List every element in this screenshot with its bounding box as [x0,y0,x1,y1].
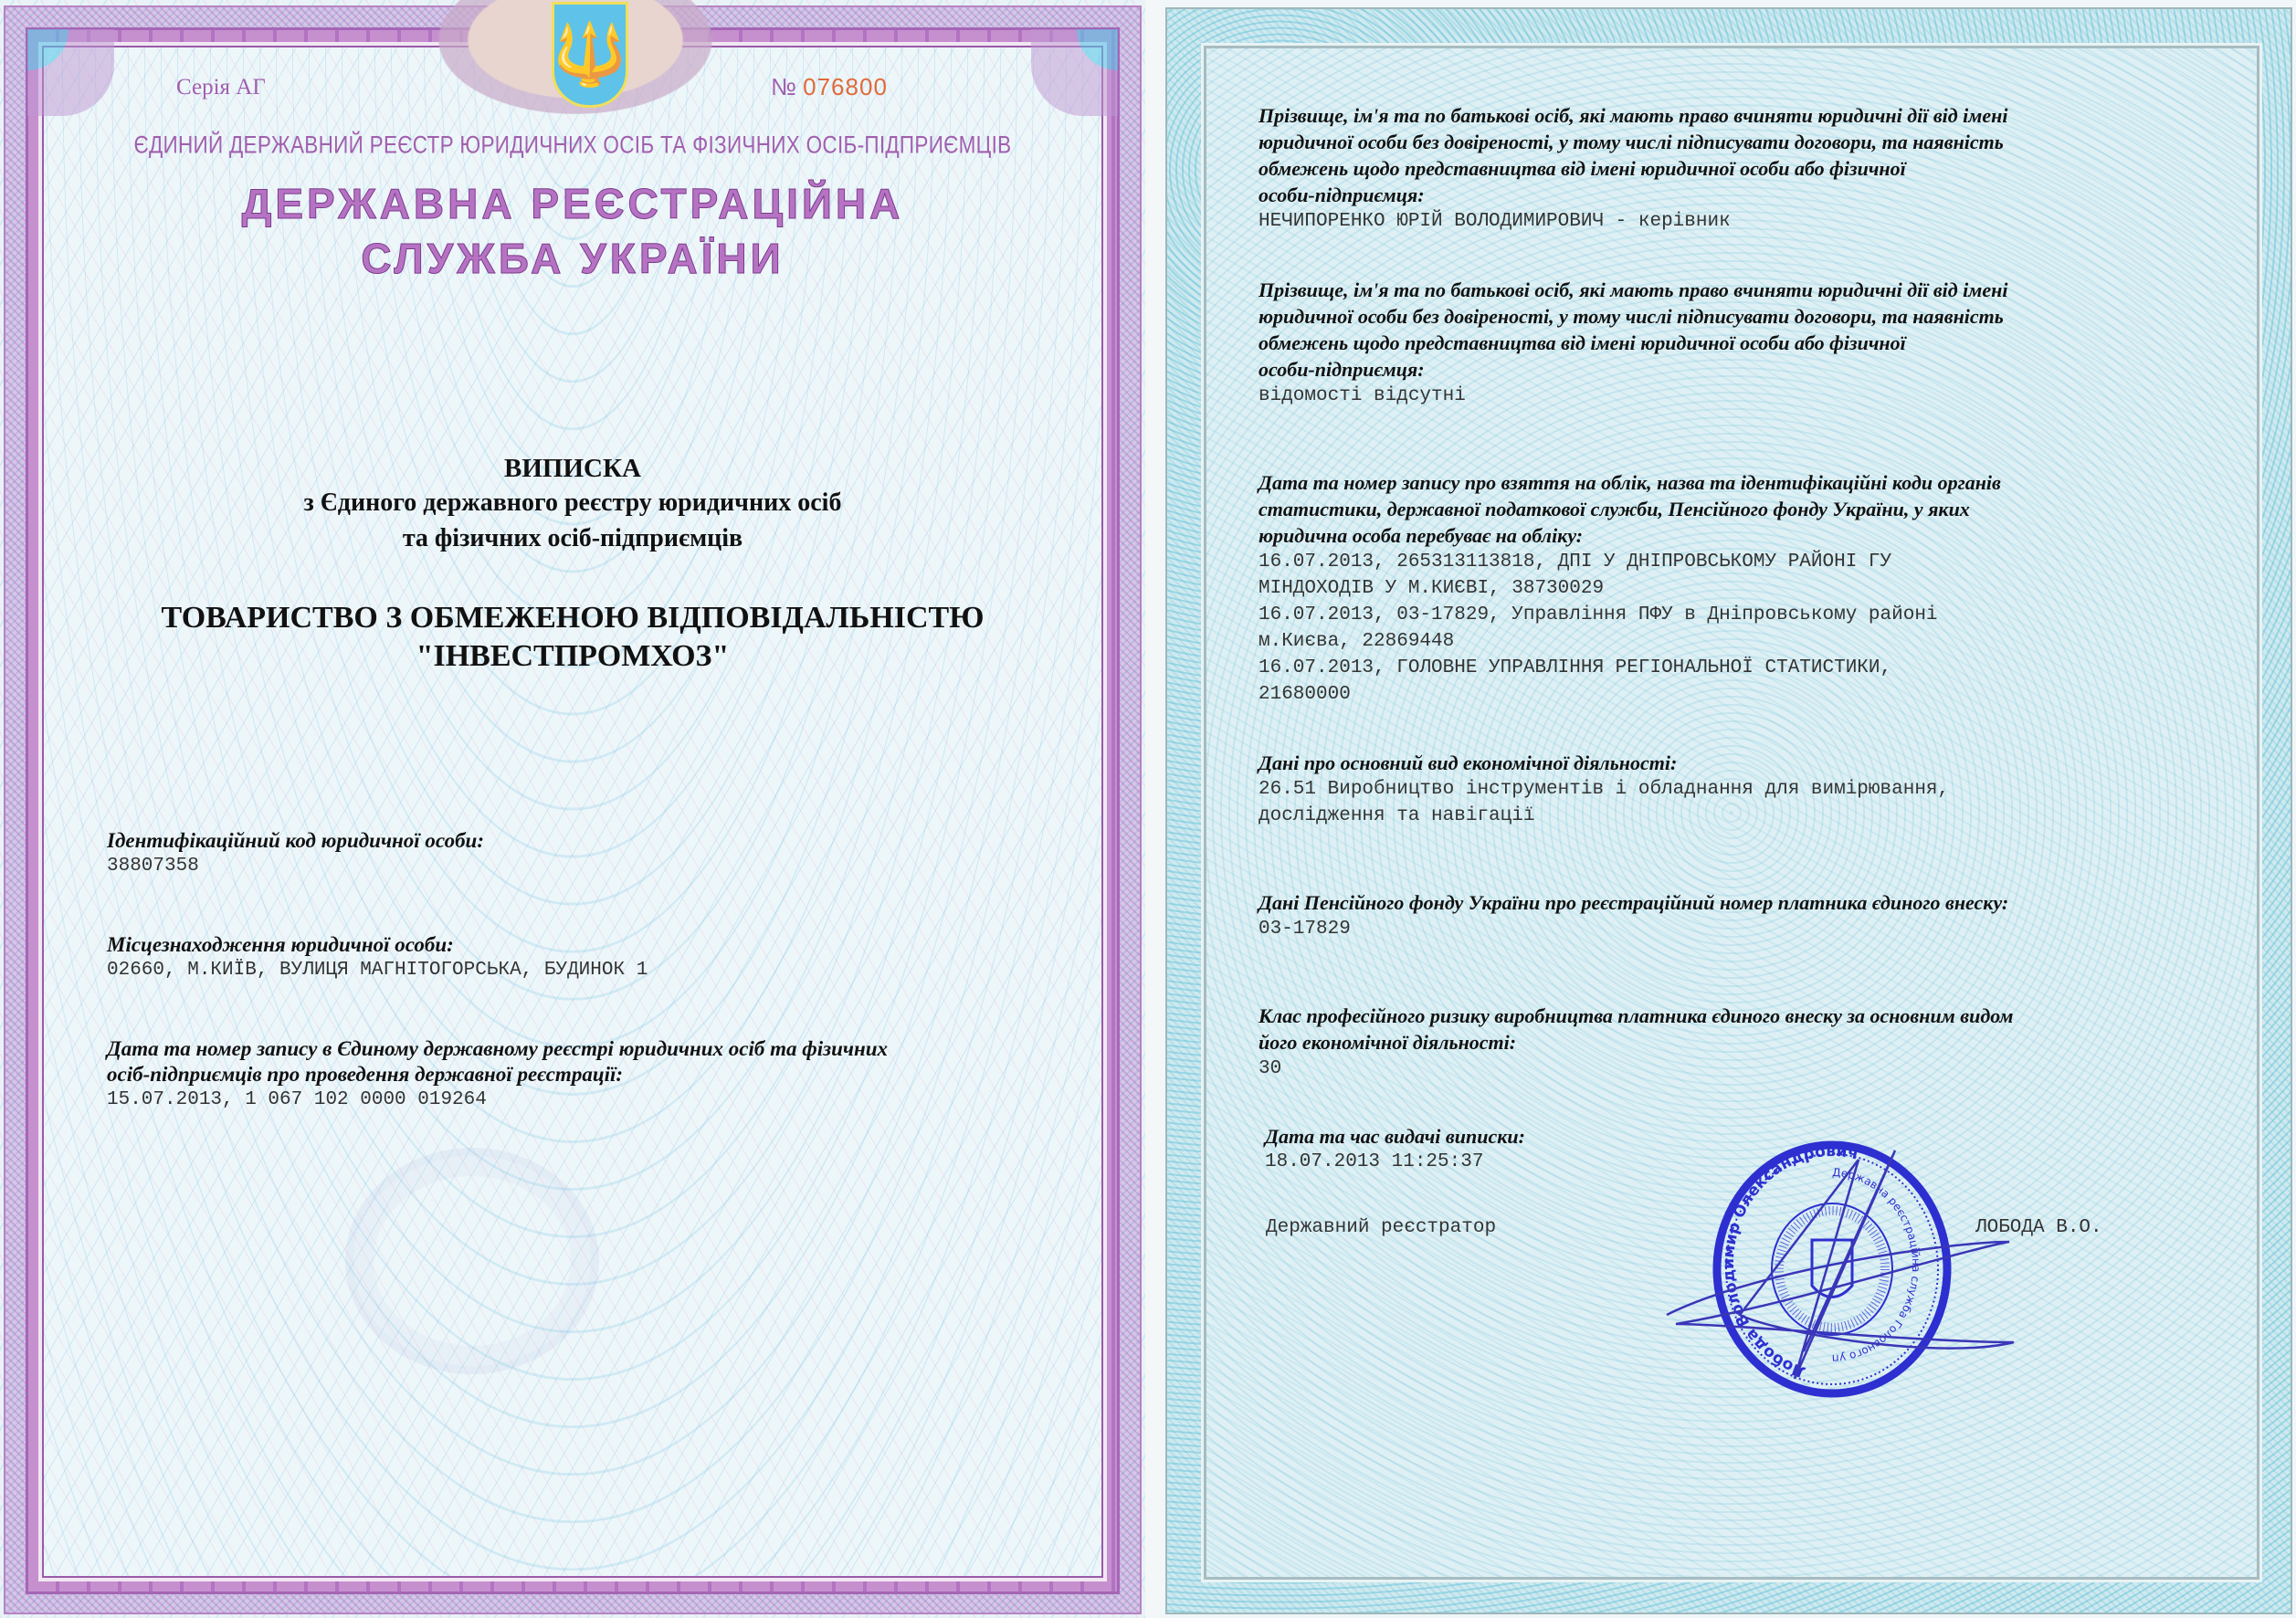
field-label-line: Дані про основний вид економічної діяльн… [1259,750,2208,776]
field-value-line: НЕЧИПОРЕНКО ЮРІЙ ВОЛОДИМИРОВИЧ - керівни… [1259,208,2208,235]
right-fields: Прізвище, ім'я та по батькові осіб, які … [1259,102,2208,1124]
right-field: Клас професійного ризику виробництва пла… [1259,1003,2208,1082]
field-value-line: дослідження та навігації [1259,803,2208,829]
registrar-name: ЛОБОДА В.О. [1975,1217,2102,1238]
field-label-line: обмежень щодо представництва від імені ю… [1259,330,2208,356]
agency-title-line2: СЛУЖБА УКРАЇНИ [55,231,1090,286]
company-name-line2: "ІНВЕСТПРОМХОЗ" [91,637,1054,676]
registrar-title: Державний реєстратор [1266,1217,1496,1238]
field-value-line: м.Києва, 22869448 [1259,628,2208,655]
field-label-line: його економічної діяльності: [1259,1029,2208,1056]
register-banner: ЄДИНИЙ ДЕРЖАВНИЙ РЕЄСТР ЮРИДИЧНИХ ОСІБ Т… [55,131,1090,160]
field-value-line: відомості відсутні [1259,383,2208,409]
field-value: 38807358 [107,854,1020,879]
right-field: Дані Пенсійного фонду України про реєстр… [1259,889,2208,942]
field-label: Місцезнаходження юридичної особи: [107,932,1020,958]
agency-title-line1: ДЕРЖАВНА РЕЄСТРАЦІЙНА [55,176,1090,231]
field-value-line: МІНДОХОДІВ У М.КИЄВІ, 38730029 [1259,575,2208,602]
coat-of-arms-ornament: 🔱 [438,0,712,114]
issue-date-block: Дата та час видачі виписки: 18.07.2013 1… [1265,1123,1525,1175]
field-label-line: юридичної особи без довіреності, у тому … [1259,303,2208,330]
certificate-number: № 076800 [771,73,888,101]
field-value-line: 03-17829 [1259,916,2208,942]
field-value: 15.07.2013, 1 067 102 0000 019264 [107,1087,1020,1113]
field-value-line: 16.07.2013, 03-17829, Управління ПФУ в Д… [1259,602,2208,628]
field-label: Ідентифікаційний код юридичної особи: [107,828,1020,854]
field-label-line: Дані Пенсійного фонду України про реєстр… [1259,889,2208,916]
number-prefix: № [771,73,796,100]
field-label-line: особи-підприємця: [1259,182,2208,208]
field-registration-record: Дата та номер запису в Єдиному державном… [107,1036,1020,1113]
field-value-line: 26.51 Виробництво інструментів і обладна… [1259,776,2208,803]
field-label-line2: осіб-підприємців про проведення державно… [107,1062,1020,1087]
company-name: ТОВАРИСТВО З ОБМЕЖЕНОЮ ВІДПОВІДАЛЬНІСТЮ … [91,599,1054,676]
extract-title: ВИПИСКА [91,452,1054,485]
right-field: Дата та номер запису про взяття на облік… [1259,469,2208,708]
issue-date-value: 18.07.2013 11:25:37 [1265,1150,1525,1175]
field-label-line: особи-підприємця: [1259,356,2208,383]
field-value: 02660, М.КИЇВ, ВУЛИЦЯ МАГНІТОГОРСЬКА, БУ… [107,958,1020,983]
extract-heading-block: ВИПИСКА з Єдиного державного реєстру юри… [91,452,1054,676]
right-field: Дані про основний вид економічної діяльн… [1259,750,2208,829]
extract-subtitle-line2: та фізичних осіб-підприємців [91,520,1054,556]
left-fields: Ідентифікаційний код юридичної особи: 38… [107,828,1020,1166]
extract-subtitle-line1: з Єдиного державного реєстру юридичних о… [91,485,1054,520]
certificate-page-left: 🔱 Серія АГ № 076800 ЄДИНИЙ ДЕРЖАВНИЙ РЕЄ… [0,0,1145,1618]
field-value-line: 16.07.2013, 265313113818, ДПІ У ДНІПРОВС… [1259,549,2208,575]
field-label-line: юридична особа перебуває на обліку: [1259,522,2208,549]
faded-stamp-imprint [345,1148,599,1374]
trident-icon: 🔱 [553,25,627,85]
field-label-line: обмежень щодо представництва від імені ю… [1259,155,2208,182]
field-label-line: юридичної особи без довіреності, у тому … [1259,129,2208,155]
company-name-line1: ТОВАРИСТВО З ОБМЕЖЕНОЮ ВІДПОВІДАЛЬНІСТЮ [91,599,1054,637]
field-label-line: Прізвище, ім'я та по батькові осіб, які … [1259,102,2208,129]
series-label: Серія АГ [176,75,266,100]
right-field: Прізвище, ім'я та по батькові осіб, які … [1259,277,2208,409]
right-field: Прізвище, ім'я та по батькові осіб, які … [1259,102,2208,235]
number-value: 076800 [803,73,888,100]
field-value-line: 30 [1259,1056,2208,1082]
field-label-line: Клас професійного ризику виробництва пла… [1259,1003,2208,1029]
coat-of-arms-shield: 🔱 [552,2,628,108]
issue-date-label: Дата та час видачі виписки: [1265,1123,1525,1150]
field-label-line: Прізвище, ім'я та по батькові осіб, які … [1259,277,2208,303]
field-label-line: статистики, державної податкової служби,… [1259,496,2208,522]
field-value-line: 16.07.2013, ГОЛОВНЕ УПРАВЛІННЯ РЕГІОНАЛЬ… [1259,655,2208,681]
field-label-line: Дата та номер запису про взяття на облік… [1259,469,2208,496]
official-stamp-icon: Лобода Володимир Олександрович Державна … [1710,1140,1954,1400]
field-identification-code: Ідентифікаційний код юридичної особи: 38… [107,828,1020,879]
field-location: Місцезнаходження юридичної особи: 02660,… [107,932,1020,983]
agency-title: ДЕРЖАВНА РЕЄСТРАЦІЙНА СЛУЖБА УКРАЇНИ [55,176,1090,286]
field-label-line1: Дата та номер запису в Єдиному державном… [107,1036,1020,1062]
field-value-line: 21680000 [1259,681,2208,708]
